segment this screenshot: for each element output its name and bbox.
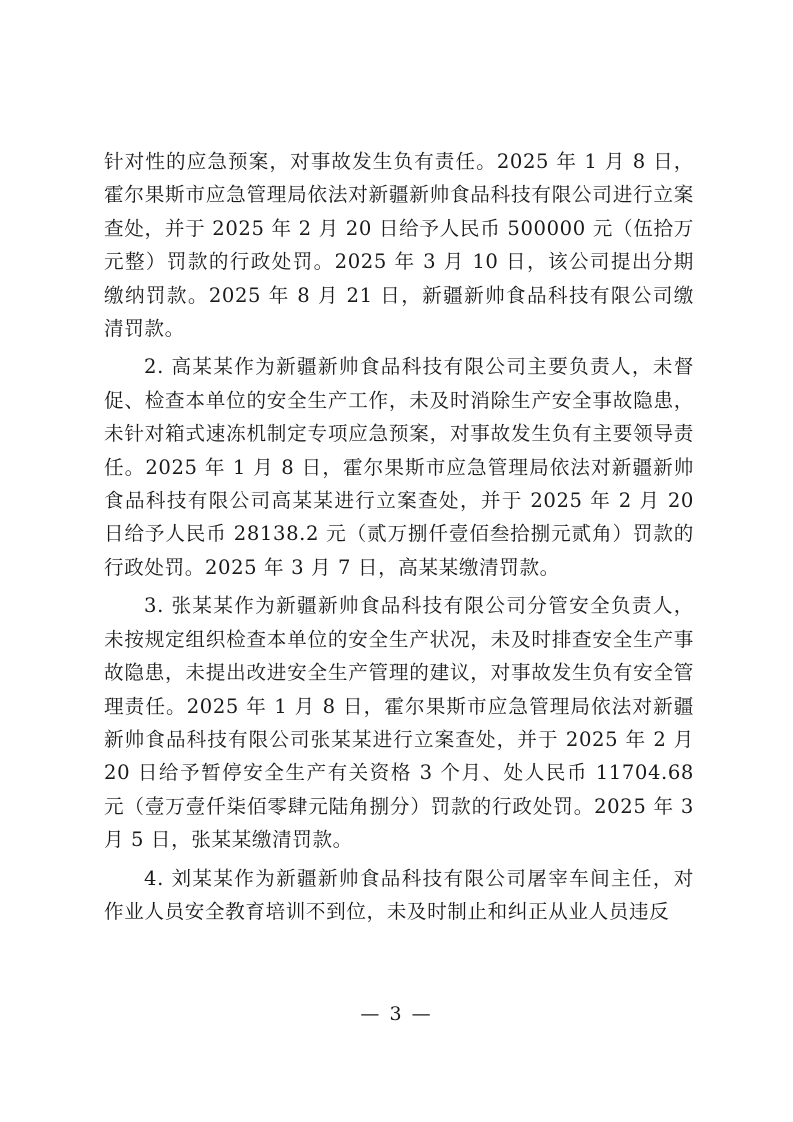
- paragraph-item-2-gao: 2. 高某某作为新疆新帅食品科技有限公司主要负责人，未督促、检查本单位的安全生产…: [104, 350, 694, 584]
- page-number: — 3 —: [0, 1003, 793, 1025]
- paragraph-item-4-liu: 4. 刘某某作为新疆新帅食品科技有限公司屠宰车间主任，对作业人员安全教育培训不到…: [104, 862, 694, 929]
- document-body: 针对性的应急预案，对事故发生负有责任。2025 年 1 月 8 日，霍尔果斯市应…: [104, 145, 694, 928]
- paragraph-item-3-zhang: 3. 张某某作为新疆新帅食品科技有限公司分管安全负责人，未按规定组织检查本单位的…: [104, 589, 694, 856]
- paragraph-company-penalty: 针对性的应急预案，对事故发生负有责任。2025 年 1 月 8 日，霍尔果斯市应…: [104, 145, 694, 345]
